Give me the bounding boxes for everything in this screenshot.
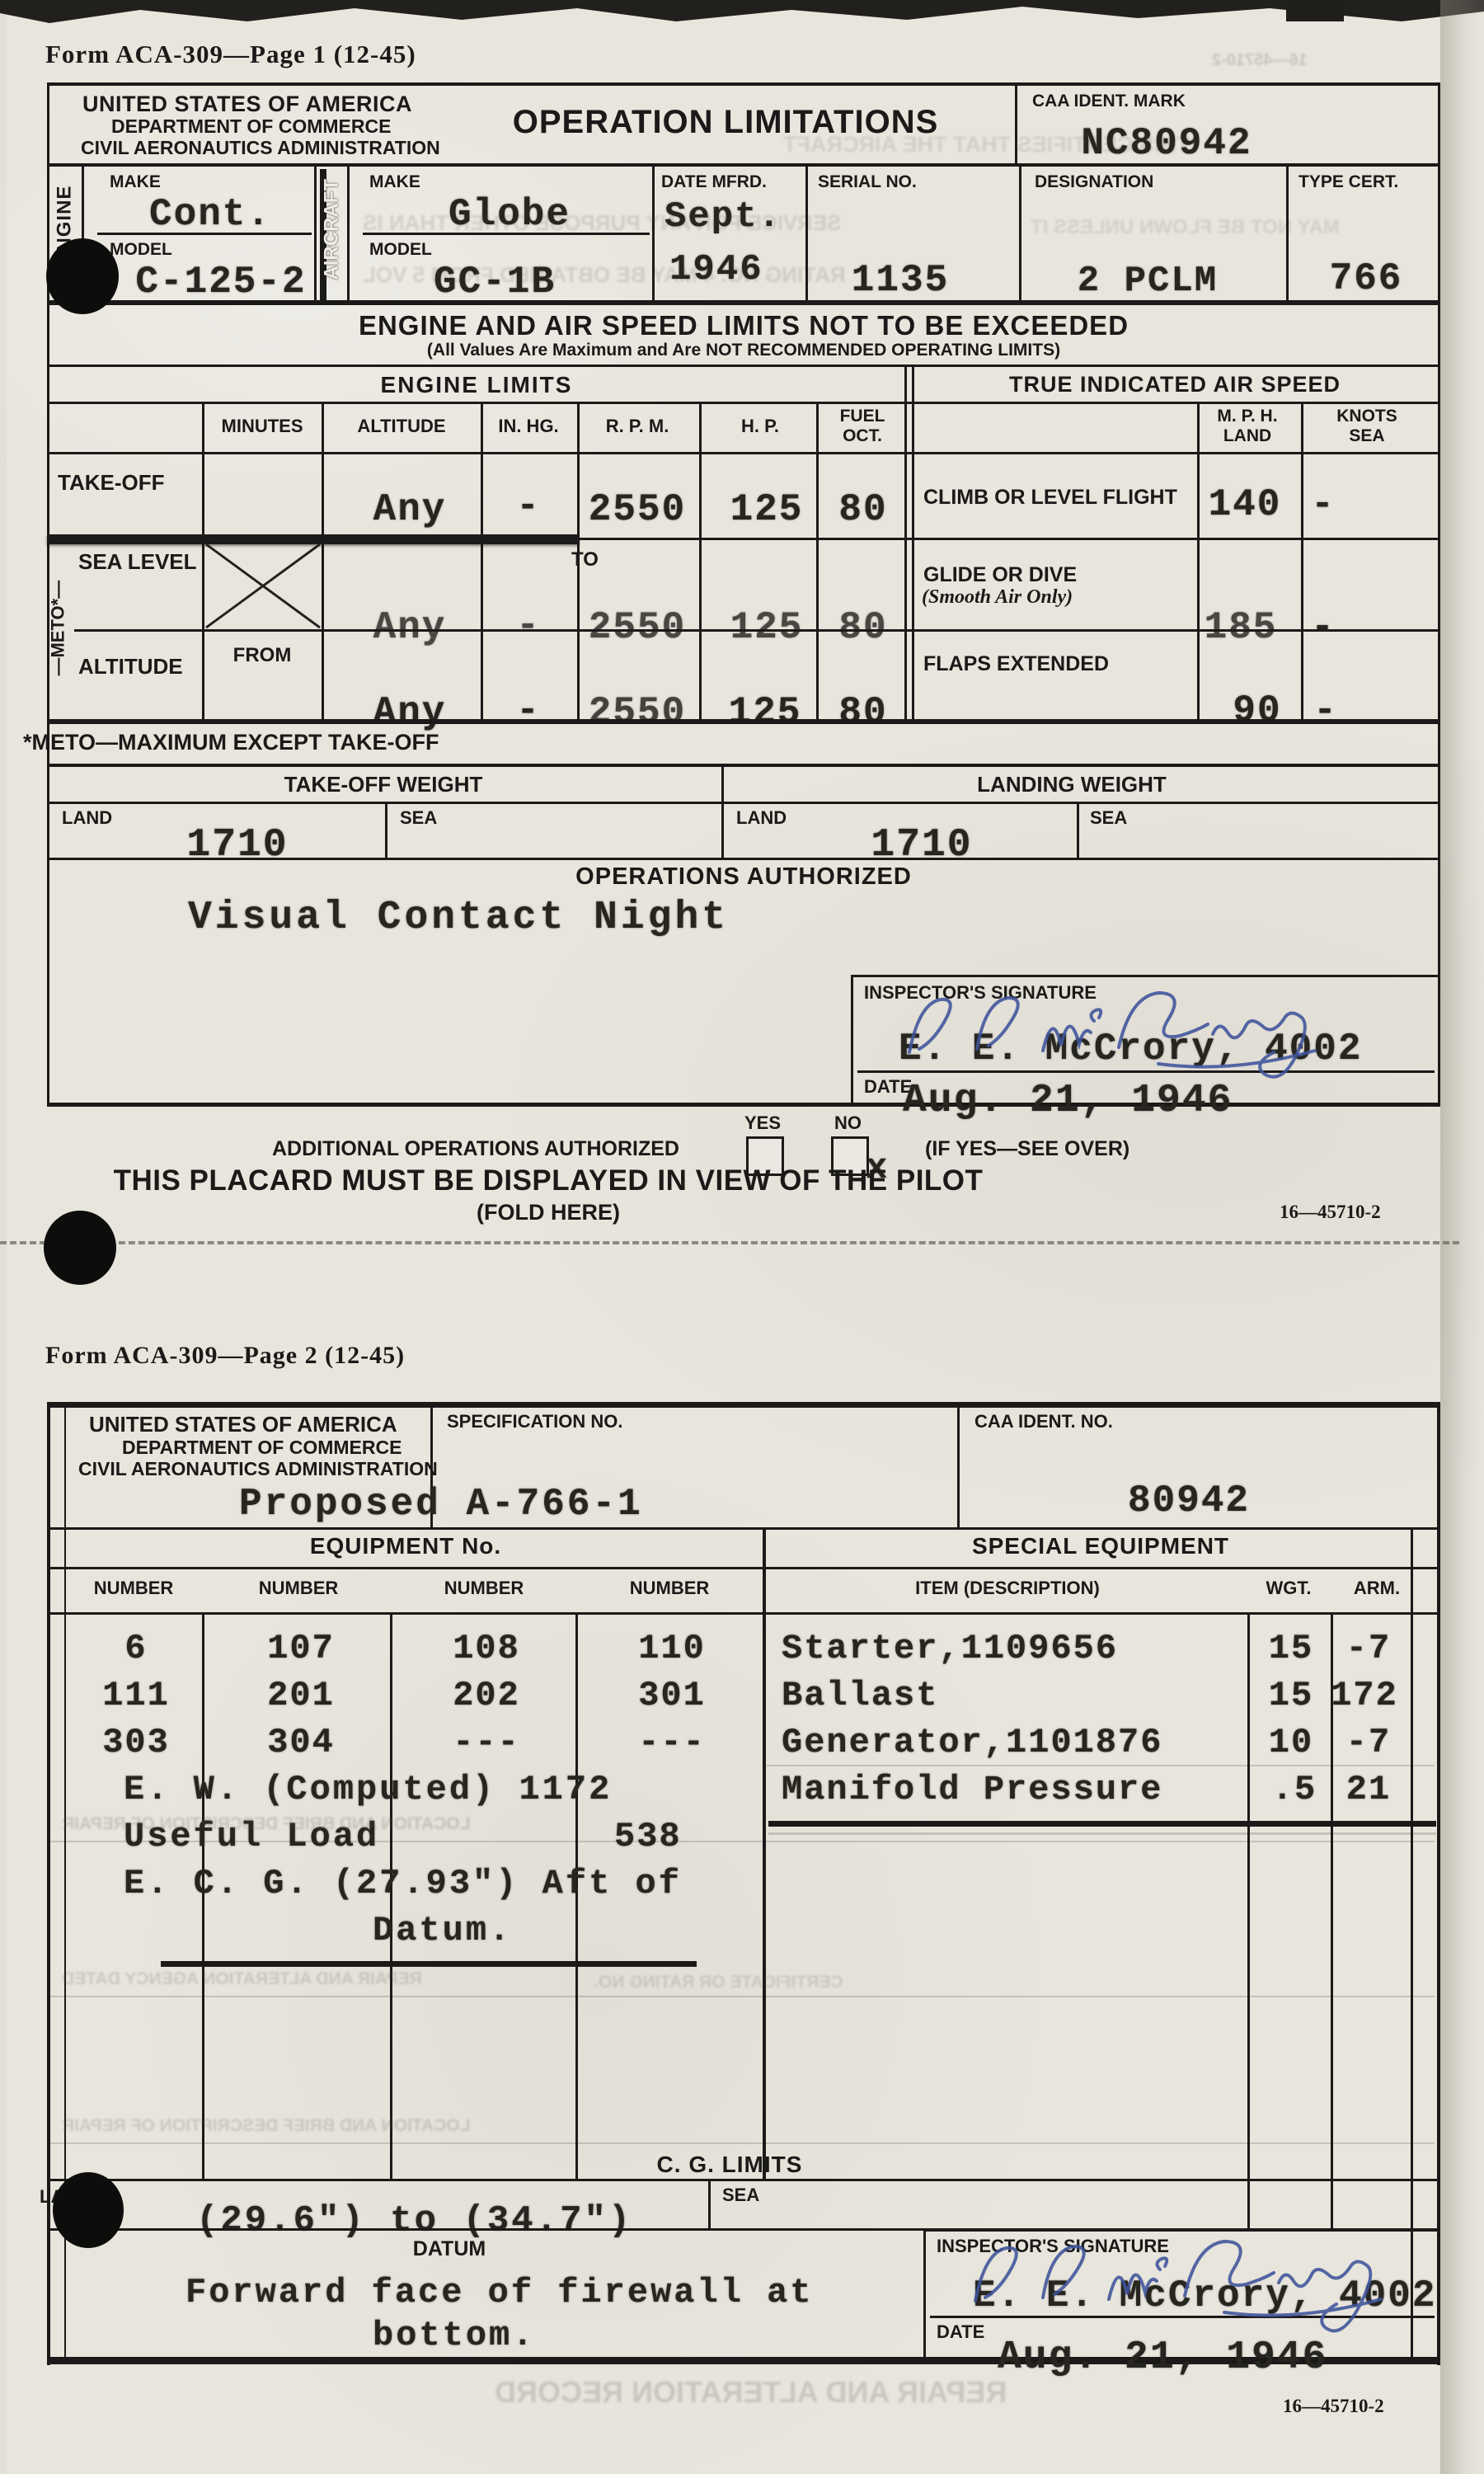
takeoff-hp: 125 bbox=[730, 488, 804, 531]
glide-knots: - bbox=[1311, 606, 1336, 649]
limits-title: ENGINE AND AIR SPEED LIMITS NOT TO BE EX… bbox=[359, 312, 1129, 341]
crossed-out-cell bbox=[204, 543, 322, 629]
type-cert-value: 766 bbox=[1330, 257, 1403, 300]
equip-cell: 107 bbox=[267, 1629, 335, 1668]
caa-ident-mark-value: NC80942 bbox=[1081, 122, 1252, 165]
landing-weight-land-value: 1710 bbox=[871, 823, 972, 868]
special-item: Manifold Pressure bbox=[782, 1770, 1162, 1809]
agency-line-1: UNITED STATES OF AMERICA bbox=[82, 92, 412, 115]
altrow-altitude: Any bbox=[373, 691, 447, 734]
print-code-page1: 16—45710-2 bbox=[1280, 1202, 1381, 1222]
inspector-signature-handwriting bbox=[952, 2220, 1447, 2352]
special-wgt: 15 bbox=[1269, 1629, 1313, 1668]
glide-label: GLIDE OR DIVE bbox=[923, 564, 1077, 586]
agency-line-1: UNITED STATES OF AMERICA bbox=[89, 1413, 397, 1436]
fold-here: (FOLD HERE) bbox=[477, 1201, 620, 1224]
item-description-label: ITEM (DESCRIPTION) bbox=[915, 1578, 1100, 1597]
equip-cell: 110 bbox=[638, 1629, 706, 1668]
date-mfrd-value-line1: Sept. bbox=[665, 196, 782, 238]
operations-authorized-title: OPERATIONS AUTHORIZED bbox=[575, 864, 912, 889]
glide-mph: 185 bbox=[1205, 606, 1278, 649]
bleedthrough-text: MAY NOT BE FLOWN UNLESS IT bbox=[1031, 216, 1340, 239]
flaps-mph: 90 bbox=[1233, 689, 1281, 732]
row-altitude-label: ALTITUDE bbox=[78, 656, 183, 678]
bleedthrough-text: LOCATION AND BRIEF DESCRIPTION OF REPAIR bbox=[62, 1814, 470, 1834]
hole-punch bbox=[44, 1211, 116, 1285]
col-mph-land-2: LAND bbox=[1223, 427, 1271, 445]
type-cert-label: TYPE CERT. bbox=[1298, 173, 1398, 191]
empty-cg-line1: E. C. G. (27.93") Aft of bbox=[124, 1864, 682, 1903]
equip-cell: --- bbox=[453, 1723, 520, 1762]
col-mph-land-1: M. P. H. bbox=[1217, 407, 1277, 426]
altrow-hp: 125 bbox=[729, 691, 802, 734]
form-number-page2: Form ACA-309—Page 2 (12-45) bbox=[45, 1343, 405, 1369]
cg-limits-value: (29.6") to (34.7") bbox=[196, 2200, 632, 2241]
special-item: Generator,1101876 bbox=[782, 1723, 1162, 1762]
engine-limits-title: ENGINE LIMITS bbox=[381, 373, 573, 397]
engine-make-value: Cont. bbox=[149, 193, 271, 236]
aircraft-section-label: AIRCRAFT bbox=[321, 190, 341, 280]
if-yes-note: (IF YES—SEE OVER) bbox=[925, 1138, 1129, 1159]
special-arm: 21 bbox=[1346, 1770, 1391, 1809]
special-wgt: 15 bbox=[1269, 1676, 1313, 1715]
scanned-form-page: Form ACA-309—Page 1 (12-45) 16—45710-2 T… bbox=[0, 0, 1484, 2474]
scan-top-corner-blob bbox=[1286, 0, 1344, 21]
engine-make-label: MAKE bbox=[110, 173, 161, 191]
bleedthrough-text: CERTIFICATE OR RATING NO. bbox=[594, 1973, 843, 1992]
special-arm: -7 bbox=[1346, 1629, 1391, 1668]
bleedthrough-text: REPAIR AND ALTERATION AGENCY DATED bbox=[62, 1969, 422, 1989]
print-code-page2: 16—45710-2 bbox=[1283, 2396, 1384, 2416]
useful-load-value: 538 bbox=[614, 1817, 682, 1856]
takeoff-weight-title: TAKE-OFF WEIGHT bbox=[284, 774, 483, 796]
hole-punch bbox=[46, 238, 119, 314]
designation-label: DESIGNATION bbox=[1035, 173, 1153, 191]
landing-weight-title: LANDING WEIGHT bbox=[977, 774, 1167, 796]
equip-cell: 201 bbox=[267, 1676, 335, 1715]
col-fuel-oct-1: FUEL bbox=[840, 407, 885, 426]
additional-yes-label: YES bbox=[744, 1113, 781, 1132]
equipment-no-title: EQUIPMENT No. bbox=[310, 1534, 501, 1558]
altitude-to-label: TO bbox=[571, 549, 599, 570]
altrow-inhg: - bbox=[516, 689, 541, 732]
aircraft-model-value: GC-1B bbox=[434, 261, 556, 303]
date-mfrd-label: DATE MFRD. bbox=[661, 173, 767, 191]
special-equipment-title: SPECIAL EQUIPMENT bbox=[972, 1534, 1229, 1558]
equip-cell: 202 bbox=[453, 1676, 520, 1715]
col-rpm: R. P. M. bbox=[606, 416, 669, 435]
cg-sea-label: SEA bbox=[722, 2185, 759, 2204]
takeoff-inhg: - bbox=[516, 485, 541, 528]
flaps-knots: - bbox=[1313, 689, 1338, 732]
takeoff-altitude: Any bbox=[373, 488, 447, 531]
bleedthrough-text: 16—45710-2 bbox=[1212, 51, 1308, 70]
date-mfrd-value-line2: 1946 bbox=[669, 249, 763, 290]
special-wgt: 10 bbox=[1269, 1723, 1313, 1762]
fold-perforation-line bbox=[0, 1241, 1459, 1244]
scan-top-edge bbox=[0, 0, 1484, 25]
page-title: OPERATION LIMITATIONS bbox=[513, 105, 939, 139]
caa-ident-mark-label: CAA IDENT. MARK bbox=[1032, 92, 1186, 111]
col-hp: H. P. bbox=[741, 416, 779, 435]
engine-model-value: C-125-2 bbox=[135, 261, 306, 303]
takeoff-sea-label: SEA bbox=[400, 808, 437, 827]
engine-model-label: MODEL bbox=[110, 241, 172, 259]
number-col-4: NUMBER bbox=[630, 1578, 710, 1597]
empty-cg-line2: Datum. bbox=[373, 1911, 512, 1950]
equip-cell: 111 bbox=[102, 1676, 170, 1715]
altrow-rpm: 2550 bbox=[589, 691, 686, 734]
number-col-1: NUMBER bbox=[94, 1578, 174, 1597]
altrow-fuel: 80 bbox=[838, 691, 887, 734]
agency-line-3: CIVIL AERONAUTICS ADMINISTRATION bbox=[78, 1459, 438, 1479]
aircraft-make-label: MAKE bbox=[369, 173, 420, 191]
serial-no-label: SERIAL NO. bbox=[818, 173, 917, 191]
sealevel-fuel: 80 bbox=[838, 606, 887, 649]
takeoff-fuel: 80 bbox=[838, 488, 887, 531]
minutes-from-label: FROM bbox=[233, 645, 292, 666]
specification-no-label: SPECIFICATION NO. bbox=[447, 1412, 623, 1431]
datum-label: DATUM bbox=[413, 2238, 486, 2260]
meto-side-label: —METO*— bbox=[48, 577, 67, 676]
special-item: Starter,1109656 bbox=[782, 1629, 1118, 1668]
caa-ident-no-value: 80942 bbox=[1128, 1479, 1250, 1522]
sealevel-rpm: 2550 bbox=[589, 606, 686, 649]
climb-knots: - bbox=[1311, 483, 1336, 526]
specification-no-value: Proposed A-766-1 bbox=[239, 1483, 643, 1526]
special-item: Ballast bbox=[782, 1676, 938, 1715]
aircraft-model-label: MODEL bbox=[369, 241, 432, 259]
landing-sea-label: SEA bbox=[1090, 808, 1127, 827]
agency-line-2: DEPARTMENT OF COMMERCE bbox=[122, 1437, 402, 1457]
air-speed-title: TRUE INDICATED AIR SPEED bbox=[1009, 373, 1341, 396]
form-number-page1: Form ACA-309—Page 1 (12-45) bbox=[45, 41, 416, 68]
glide-label-2: (Smooth Air Only) bbox=[922, 587, 1073, 608]
agency-line-3: CIVIL AERONAUTICS ADMINISTRATION bbox=[81, 138, 440, 158]
additional-operations-label: ADDITIONAL OPERATIONS AUTHORIZED bbox=[272, 1138, 679, 1159]
col-in-hg: IN. HG. bbox=[498, 416, 558, 435]
row-sea-level-label: SEA LEVEL bbox=[78, 551, 197, 573]
equip-cell: 108 bbox=[453, 1629, 520, 1668]
climb-mph: 140 bbox=[1209, 483, 1282, 526]
placard-notice: THIS PLACARD MUST BE DISPLAYED IN VIEW O… bbox=[114, 1166, 984, 1197]
equip-cell: --- bbox=[638, 1723, 706, 1762]
col-altitude: ALTITUDE bbox=[357, 416, 445, 435]
takeoff-weight-land-value: 1710 bbox=[186, 823, 288, 868]
sealevel-hp: 125 bbox=[730, 606, 804, 649]
meto-footnote: *METO—MAXIMUM EXCEPT TAKE-OFF bbox=[23, 731, 439, 754]
equip-cell: 6 bbox=[124, 1629, 147, 1668]
bleedthrough-text: LOCATION AND BRIEF DESCRIPTION OF REPAIR bbox=[62, 2116, 470, 2136]
landing-land-label: LAND bbox=[736, 808, 787, 827]
caa-ident-no-label: CAA IDENT. NO. bbox=[974, 1412, 1113, 1431]
designation-value: 2 PCLM bbox=[1078, 261, 1218, 302]
page-right-edge-shadow bbox=[1440, 0, 1484, 2474]
datum-value-line1: Forward face of firewall at bbox=[185, 2273, 814, 2312]
empty-weight-line: E. W. (Computed) 1172 bbox=[124, 1770, 612, 1809]
inspector-signature-handwriting bbox=[886, 971, 1381, 1095]
hole-punch bbox=[53, 2172, 124, 2248]
sealevel-altitude: Any bbox=[373, 606, 447, 649]
bleedthrough-text: REPAIR AND ALTERATION RECORD bbox=[495, 2375, 1007, 2410]
aircraft-make-value: Globe bbox=[448, 193, 571, 236]
col-knots-sea-1: KNOTS bbox=[1336, 407, 1397, 426]
wgt-label: WGT. bbox=[1266, 1578, 1312, 1597]
flaps-label: FLAPS EXTENDED bbox=[923, 653, 1109, 675]
arm-label: ARM. bbox=[1354, 1578, 1400, 1597]
limits-subtitle: (All Values Are Maximum and Are NOT RECO… bbox=[427, 341, 1060, 360]
cg-limits-title: C. G. LIMITS bbox=[657, 2152, 803, 2176]
climb-label: CLIMB OR LEVEL FLIGHT bbox=[923, 487, 1177, 508]
special-arm: -7 bbox=[1346, 1723, 1391, 1762]
equip-cell: 303 bbox=[102, 1723, 170, 1762]
col-fuel-oct-2: OCT. bbox=[843, 427, 882, 445]
col-knots-sea-2: SEA bbox=[1349, 427, 1384, 445]
agency-line-2: DEPARTMENT OF COMMERCE bbox=[111, 116, 391, 136]
col-minutes: MINUTES bbox=[222, 416, 303, 435]
takeoff-land-label: LAND bbox=[62, 808, 112, 827]
additional-no-label: NO bbox=[834, 1113, 862, 1132]
operations-authorized-value: Visual Contact Night bbox=[188, 896, 729, 940]
number-col-3: NUMBER bbox=[444, 1578, 524, 1597]
number-col-2: NUMBER bbox=[259, 1578, 339, 1597]
special-wgt: .5 bbox=[1272, 1770, 1317, 1809]
takeoff-rpm: 2550 bbox=[589, 488, 686, 531]
special-arm: 172 bbox=[1331, 1676, 1398, 1715]
equip-cell: 304 bbox=[267, 1723, 335, 1762]
sealevel-inhg: - bbox=[516, 604, 541, 647]
serial-no-value: 1135 bbox=[852, 259, 949, 302]
row-take-off-label: TAKE-OFF bbox=[58, 472, 165, 494]
equip-cell: 301 bbox=[638, 1676, 706, 1715]
datum-value-line2: bottom. bbox=[373, 2316, 535, 2355]
